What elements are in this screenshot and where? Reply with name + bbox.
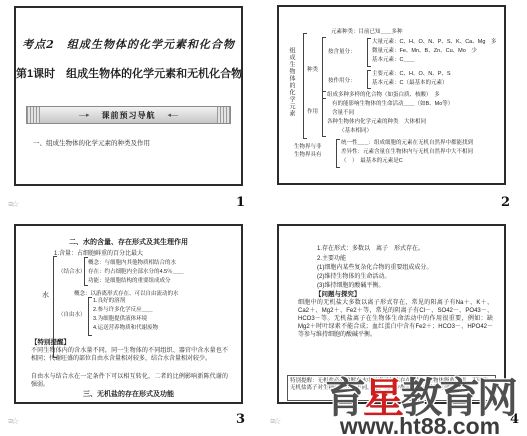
amount-brace bbox=[367, 38, 371, 67]
corner-logo-icon: ≡☆ bbox=[270, 416, 279, 427]
function-brace bbox=[322, 91, 326, 137]
page-number-2: 2 bbox=[501, 195, 510, 210]
diagram-line: 基本元素：C＿＿ bbox=[372, 55, 414, 63]
diagram-line: 按作用分： bbox=[328, 76, 356, 84]
diagram-line: 按含量分： bbox=[328, 47, 356, 55]
page-number-1: 1 bbox=[236, 195, 245, 210]
tip-header: 【特别提醒】 bbox=[31, 337, 70, 346]
slide-page-3[interactable]: 二、水的含量、存在形式及其生理作用 1.含量：占细胞鲜重的百分比最大 （结合水）… bbox=[14, 224, 243, 404]
diagram-line: 统一性＿＿：组成细胞的元素在无机自然界中都能找到 bbox=[341, 138, 473, 146]
outline-line: 概念：以游离形式存在、可以自由流动的水 bbox=[74, 289, 179, 297]
outline-line: 1.良好的溶剂 bbox=[93, 296, 125, 304]
diagram-line: （ ） 最基本的元素是C bbox=[341, 156, 403, 164]
slide-page-1[interactable]: 考点2 组成生物体的化学元素和化合物 第1课时 组成生物体的化学元素和无机化合物… bbox=[14, 6, 243, 186]
lesson-title: 第1课时 组成生物体的化学元素和无机化合物 bbox=[16, 65, 241, 81]
diagram-line: 差异性：元素含量在生物体内与无机自然界中大不相同 bbox=[341, 147, 473, 155]
branch-label-function: 作用 bbox=[307, 107, 318, 115]
outline-line: 1.存在形式：多数以 离子 形式存在。 bbox=[317, 243, 424, 252]
outline-line: 存在：约占细胞内全部水分的4.5％＿＿ bbox=[88, 267, 184, 275]
outline-line: 2.参与许多化学反应＿＿ bbox=[93, 305, 153, 313]
bottom-brace bbox=[336, 139, 340, 168]
outline-line: 1.含量：占细胞鲜重的百分比最大 bbox=[54, 248, 143, 257]
diagram-main-brace bbox=[303, 33, 307, 139]
branch-label-kind: 种类 bbox=[307, 65, 318, 73]
slide-page-4[interactable]: 1.存在形式：多数以 离子 形式存在。 2.主要功能 (1)细胞内某些复杂化合物… bbox=[277, 224, 506, 404]
section-title: 二、水的含量、存在形式及其生理作用 bbox=[16, 237, 241, 247]
diagram-line: 微量元素：Fe、Mn、B、Zn、Cu、Mo 少 bbox=[372, 46, 477, 54]
corner-logo-icon: ≡☆ bbox=[8, 199, 17, 210]
role-brace bbox=[367, 70, 371, 89]
outline-line: 4.运送营养物质和代谢废物 bbox=[93, 323, 158, 331]
banner-arrow-right-icon: ◂— bbox=[167, 111, 178, 119]
outline-line: (1)细胞内某些复杂化合物的重要组成成分。 bbox=[317, 262, 432, 271]
note-box: 特别提醒：无机盐必须溶解在水中以离子状态存在才能被生物体吸收利用，不同的无机盐离… bbox=[287, 375, 496, 401]
outline-line: 概念：与细胞内其他物质相结合的水 bbox=[88, 258, 176, 266]
tip-paragraph: 自由水与结合水在一定条件下可以相互转化，二者的比例影响新陈代谢的强弱。 bbox=[31, 373, 228, 389]
explore-header: 【问题与探究】 bbox=[315, 289, 361, 298]
tip-paragraph: 不同生物体内的含水量不同，同一生物体的不同组织、器官中含水量也不相同；代谢旺盛的… bbox=[31, 347, 228, 363]
slide-page-2[interactable]: 组成生物体的化学元素 元素种类：目前已知＿＿多种 种类 按含量分： 大量元素：C… bbox=[277, 5, 506, 185]
banner-label: 课前预习导航 bbox=[27, 110, 230, 121]
corner-logo-icon: ≡☆ bbox=[8, 416, 17, 427]
exam-point-title: 考点2 组成生物体的化学元素和化合物 bbox=[16, 36, 241, 52]
preview-banner: —▸ 课前预习导航 ◂— bbox=[26, 106, 231, 124]
diagram-line: 基本元素：C（最基本的元素） bbox=[372, 78, 447, 86]
outline-line: 3.为细胞提供液体环境 bbox=[93, 314, 147, 322]
bound-water-label: （结合水） bbox=[58, 267, 86, 275]
outline-line: 2.主要功能 bbox=[317, 253, 346, 262]
outline-line: 功能：是细胞结构的重要组成成分 bbox=[88, 276, 171, 284]
explore-paragraph: 细胞中的无机盐大多数以离子形式存在，常见的阳离子有Na＋、K＋、Ca2＋、Mg2… bbox=[298, 299, 493, 339]
watermark-url: www.ht88.com bbox=[313, 415, 527, 436]
bottom-label: 生物界具有 bbox=[294, 150, 322, 158]
function-brace bbox=[88, 297, 92, 336]
diagram-line: 含量不同 bbox=[332, 108, 354, 116]
diagram-line: 主要元素：C、H、O、N、P、S bbox=[372, 69, 451, 77]
outline-line: (3)维持细胞的酸碱平衡。 bbox=[317, 280, 384, 289]
diagram-line: 大量元素：C、H、O、N、P、S、K、Ca、Mg 多 bbox=[372, 37, 496, 45]
page-number-3: 3 bbox=[236, 412, 245, 427]
page-number-4: 4 bbox=[510, 412, 519, 427]
diagram-line: 各种生物体内化学元素的种类 大体相同 bbox=[327, 117, 426, 125]
diagram-line: 元素种类：目前已知＿＿多种 bbox=[331, 27, 403, 35]
section-heading: 一、组成生物体的化学元素的种类及作用 bbox=[33, 138, 150, 147]
diagram-vertical-label: 组成生物体的化学元素 bbox=[287, 47, 296, 117]
water-label: 水 bbox=[42, 290, 49, 300]
outline-line: (2)维持生物体的生命活动。 bbox=[317, 271, 390, 280]
bottom-label: 生物界与非 bbox=[294, 142, 322, 150]
diagram-line: 有的能影响生物体的生命活动＿＿（如B、Mo等） bbox=[332, 99, 453, 107]
free-water-label: （自由水） bbox=[58, 310, 86, 318]
diagram-line: 组成多种多样的化合物（如蛋白质、核酸） 多 bbox=[327, 90, 440, 98]
next-section-title: 三、无机盐的存在形式及功能 bbox=[16, 389, 241, 399]
kind-brace bbox=[322, 37, 326, 99]
diagram-line: （基本相同） bbox=[339, 126, 372, 134]
